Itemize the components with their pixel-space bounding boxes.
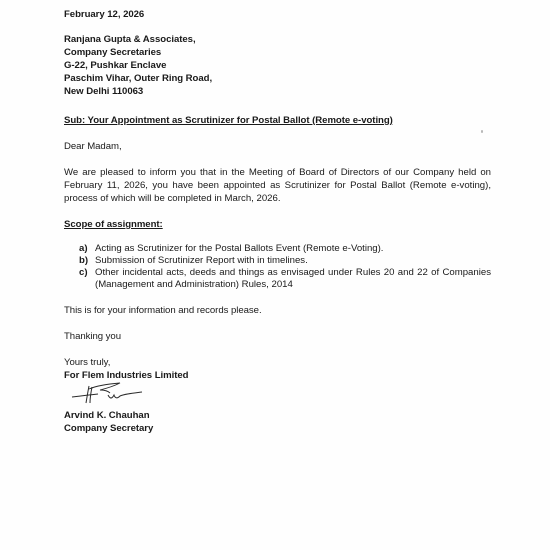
list-marker: b) bbox=[79, 255, 88, 267]
handwritten-signature-icon bbox=[68, 381, 148, 407]
scope-list: a) Acting as Scrutinizer for the Postal … bbox=[79, 243, 491, 291]
letter-page: February 12, 2026 Ranjana Gupta & Associ… bbox=[0, 0, 550, 550]
list-marker: c) bbox=[79, 267, 88, 279]
scan-speck bbox=[481, 130, 483, 133]
scope-heading: Scope of assignment: bbox=[64, 218, 163, 231]
body-paragraph: We are pleased to inform you that in the… bbox=[64, 166, 491, 205]
complimentary-close: Yours truly, bbox=[64, 356, 110, 369]
scope-item: b) Submission of Scrutinizer Report with… bbox=[79, 255, 491, 267]
salutation: Dear Madam, bbox=[64, 140, 122, 153]
closing-note: This is for your information and records… bbox=[64, 304, 262, 317]
list-marker: a) bbox=[79, 243, 88, 255]
letter-date: February 12, 2026 bbox=[64, 8, 144, 21]
scope-item: c) Other incidental acts, deeds and thin… bbox=[79, 267, 491, 291]
recipient-address-line1: G-22, Pushkar Enclave bbox=[64, 59, 166, 72]
recipient-name: Ranjana Gupta & Associates, bbox=[64, 33, 196, 46]
thanks-line: Thanking you bbox=[64, 330, 121, 343]
recipient-title: Company Secretaries bbox=[64, 46, 161, 59]
subject-line: Sub: Your Appointment as Scrutinizer for… bbox=[64, 114, 393, 127]
scope-item-text: Acting as Scrutinizer for the Postal Bal… bbox=[95, 243, 383, 254]
signatory-name: Arvind K. Chauhan bbox=[64, 409, 150, 422]
signatory-title: Company Secretary bbox=[64, 422, 153, 435]
scope-item-text: Other incidental acts, deeds and things … bbox=[95, 267, 491, 290]
scope-item-text: Submission of Scrutinizer Report with in… bbox=[95, 255, 308, 266]
recipient-address-line2: Paschim Vihar, Outer Ring Road, bbox=[64, 72, 212, 85]
scope-item: a) Acting as Scrutinizer for the Postal … bbox=[79, 243, 491, 255]
recipient-address-line3: New Delhi 110063 bbox=[64, 85, 143, 98]
